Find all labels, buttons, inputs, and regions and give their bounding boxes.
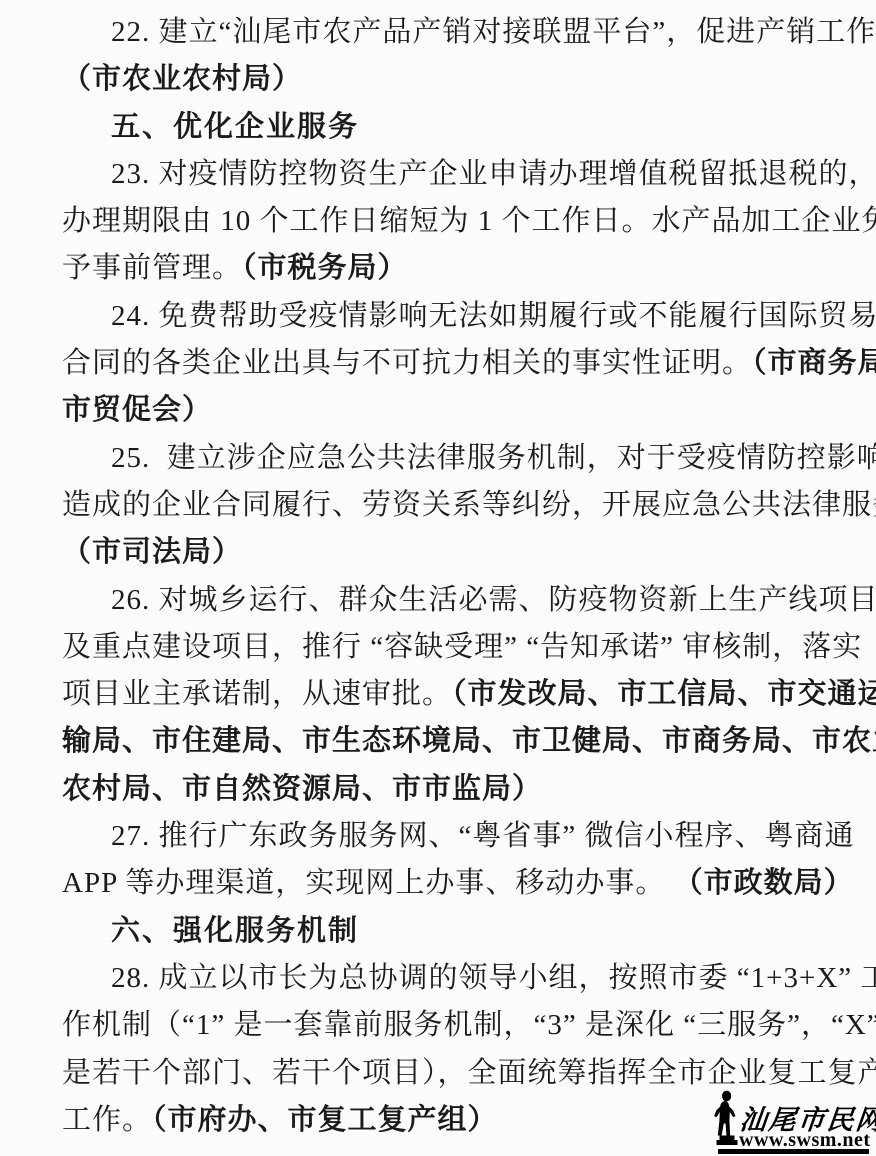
doc-line-5: 办理期限由 10 个工作日缩短为 1 个工作日。水产品加工企业免 bbox=[62, 198, 868, 245]
doc-line-9: 市贸促会） bbox=[62, 387, 868, 434]
doc-line-17: 农村局、市自然资源局、市市监局） bbox=[62, 766, 868, 813]
text-run: 24. 免费帮助受疫情影响无法如期履行或不能履行国际贸易 bbox=[111, 300, 876, 332]
text-run: 工作。 bbox=[62, 1104, 152, 1136]
doc-line-19: APP 等办理渠道，实现网上办事、移动办事。 （市政数局） bbox=[62, 860, 868, 907]
watermark-underline bbox=[718, 1149, 869, 1154]
text-run: 及重点建设项目，推行 “容缺受理” “告知承诺” 审核制，落实 bbox=[62, 631, 862, 663]
text-run: 28. 成立以市长为总协调的领导小组，按照市委 “1+3+X” 工 bbox=[111, 962, 876, 994]
text-run: 合同的各类企业出具与不可抗力相关的事实性证明。 bbox=[62, 347, 752, 379]
doc-line-13: 26. 对城乡运行、群众生活必需、防疫物资新上生产线项目 bbox=[62, 577, 868, 624]
document-page: 22. 建立“汕尾市农产品产销对接联盟平台”，促进产销工作。（市农业农村局）五、… bbox=[0, 0, 876, 1156]
department-attribution: 输局、市住建局、市生态环境局、市卫健局、市商务局、市农业 bbox=[62, 725, 876, 757]
doc-line-21: 28. 成立以市长为总协调的领导小组，按照市委 “1+3+X” 工 bbox=[62, 955, 868, 1002]
text-run: APP 等办理渠道，实现网上办事、移动办事。 bbox=[62, 867, 674, 899]
site-watermark: 汕尾市民网 www.swsm.net bbox=[710, 1088, 874, 1154]
text-run: 23. 对疫情防控物资生产企业申请办理增值税留抵退税的， bbox=[111, 158, 876, 190]
text-run: 六、强化服务机制 bbox=[111, 915, 359, 947]
department-attribution: （市府办、市复工复产组） bbox=[152, 1104, 498, 1136]
text-run: 作机制（“1” 是一套靠前服务机制，“3” 是深化 “三服务”，“X” bbox=[62, 1009, 876, 1041]
doc-line-22: 作机制（“1” 是一套靠前服务机制，“3” 是深化 “三服务”，“X” bbox=[62, 1002, 868, 1049]
department-attribution: 农村局、市自然资源局、市市监局） bbox=[62, 773, 542, 805]
text-run: 27. 推行广东政务服务网、“粤省事” 微信小程序、粤商通 bbox=[111, 820, 855, 852]
text-run: 是若干个部门、若干个项目），全面统筹指挥全市企业复工复产 bbox=[62, 1057, 876, 1089]
text-run: 22. 建立“汕尾市农产品产销对接联盟平台”，促进产销工作。 bbox=[111, 16, 876, 48]
text-run: 造成的企业合同履行、劳资关系等纠纷，开展应急公共法律服务。 bbox=[62, 489, 876, 521]
department-attribution: （市农业农村局） bbox=[62, 63, 302, 95]
doc-line-4: 23. 对疫情防控物资生产企业申请办理增值税留抵退税的， bbox=[62, 151, 868, 198]
department-attribution: （市商务局、 bbox=[752, 347, 876, 379]
doc-line-20: 六、强化服务机制 bbox=[62, 908, 868, 955]
doc-line-10: 25. 建立涉企应急公共法律服务机制，对于受疫情防控影响 bbox=[62, 435, 868, 482]
doc-line-18: 27. 推行广东政务服务网、“粤省事” 微信小程序、粤商通 bbox=[62, 813, 868, 860]
department-attribution: 市贸促会） bbox=[62, 394, 212, 426]
department-attribution: （市司法局） bbox=[62, 536, 242, 568]
doc-line-7: 24. 免费帮助受疫情影响无法如期履行或不能履行国际贸易 bbox=[62, 293, 868, 340]
text-run: 五、优化企业服务 bbox=[111, 111, 359, 143]
text-run: 25. 建立涉企应急公共法律服务机制，对于受疫情防控影响 bbox=[111, 442, 876, 474]
doc-line-3: 五、优化企业服务 bbox=[62, 104, 868, 151]
doc-line-15: 项目业主承诺制，从速审批。（市发改局、市工信局、市交通运 bbox=[62, 671, 868, 718]
department-attribution: （市税务局） bbox=[242, 252, 408, 284]
text-run: 项目业主承诺制，从速审批。 bbox=[62, 678, 452, 710]
department-attribution: （市发改局、市工信局、市交通运 bbox=[452, 678, 876, 710]
text-run: 予事前管理。 bbox=[62, 252, 242, 284]
doc-line-11: 造成的企业合同履行、劳资关系等纠纷，开展应急公共法律服务。 bbox=[62, 482, 868, 529]
text-run: 办理期限由 10 个工作日缩短为 1 个工作日。水产品加工企业免 bbox=[62, 205, 876, 237]
doc-line-8: 合同的各类企业出具与不可抗力相关的事实性证明。（市商务局、 bbox=[62, 340, 868, 387]
doc-line-16: 输局、市住建局、市生态环境局、市卫健局、市商务局、市农业 bbox=[62, 718, 868, 765]
doc-line-14: 及重点建设项目，推行 “容缺受理” “告知承诺” 审核制，落实 bbox=[62, 624, 868, 671]
doc-line-2: （市农业农村局） bbox=[62, 56, 868, 103]
doc-line-6: 予事前管理。（市税务局） bbox=[62, 245, 868, 292]
document-body: 22. 建立“汕尾市农产品产销对接联盟平台”，促进产销工作。（市农业农村局）五、… bbox=[62, 9, 868, 1144]
department-attribution: （市政数局） bbox=[674, 867, 854, 899]
doc-line-1: 22. 建立“汕尾市农产品产销对接联盟平台”，促进产销工作。 bbox=[62, 9, 868, 56]
text-run: 26. 对城乡运行、群众生活必需、防疫物资新上生产线项目 bbox=[111, 584, 876, 616]
doc-line-12: （市司法局） bbox=[62, 529, 868, 576]
